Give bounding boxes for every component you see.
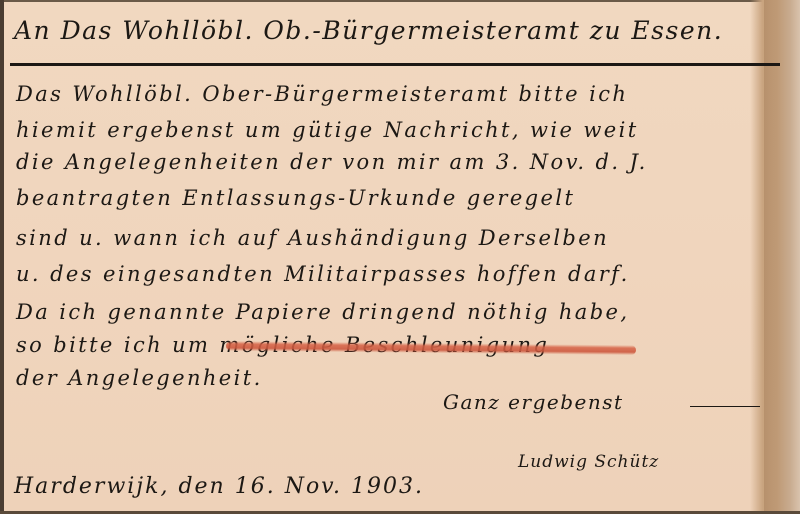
closing-flourish xyxy=(690,406,760,407)
body-line-9: der Angelegenheit. xyxy=(16,366,263,390)
card-top-edge xyxy=(0,0,800,2)
address-underline xyxy=(10,63,780,66)
body-line-3: die Angelegenheiten der von mir am 3. No… xyxy=(16,150,648,174)
postcard: An Das Wohllöbl. Ob.-Bürgermeisteramt zu… xyxy=(0,0,800,514)
body-line-5: sind u. wann ich auf Aushändigung Dersel… xyxy=(16,226,609,250)
water-stain-edge xyxy=(764,0,778,514)
body-line-7: Da ich genannte Papiere dringend nöthig … xyxy=(16,300,629,324)
closing: Ganz ergebenst xyxy=(443,390,624,414)
body-line-4: beantragten Entlassungs-Urkunde geregelt xyxy=(16,186,575,210)
signature: Ludwig Schütz xyxy=(518,452,659,472)
place-date: Harderwijk, den 16. Nov. 1903. xyxy=(14,474,424,499)
address-line: An Das Wohllöbl. Ob.-Bürgermeisteramt zu… xyxy=(14,16,769,45)
card-left-edge xyxy=(0,0,4,514)
body-line-1: Das Wohllöbl. Ober-Bürgermeisteramt bitt… xyxy=(16,82,628,106)
body-line-2: hiemit ergebenst um gütige Nachricht, wi… xyxy=(16,118,639,142)
body-line-6: u. des eingesandten Militairpasses hoffe… xyxy=(16,262,630,286)
